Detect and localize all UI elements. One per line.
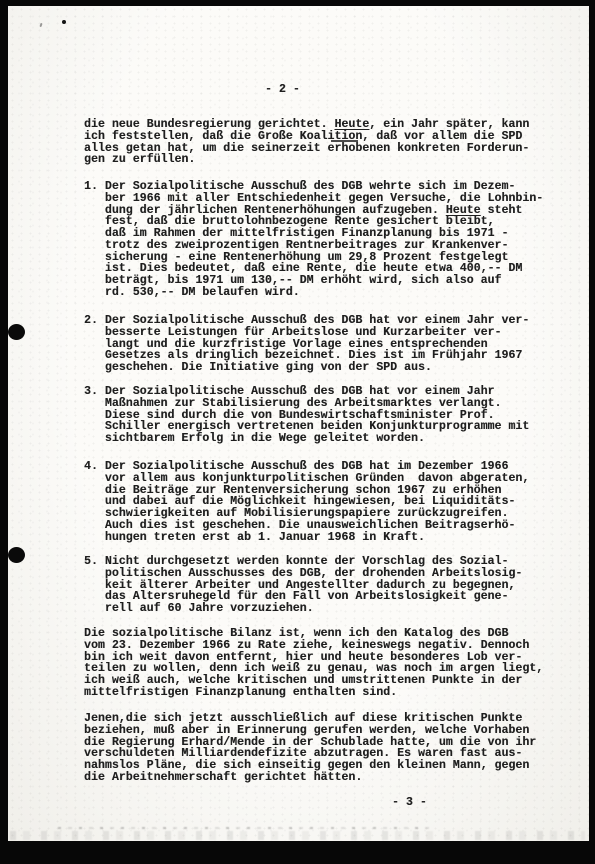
page-number-header: - 2 - xyxy=(265,84,300,96)
list-item-2: 2. Der Sozialpolitische Ausschuß des DGB… xyxy=(84,315,529,374)
page-number-footer: - 3 - xyxy=(392,797,427,809)
list-item-3: 3. Der Sozialpolitische Ausschuß des DGB… xyxy=(84,386,529,445)
ink-dot-artifact xyxy=(62,20,66,24)
scanned-document-page: - 2 - die neue Bundesregierung gerichtet… xyxy=(0,0,595,864)
scan-smudge-band xyxy=(10,831,585,840)
list-item-1: 1. Der Sozialpolitische Ausschuß des DGB… xyxy=(84,181,543,299)
intro-paragraph: die neue Bundesregierung gerichtet. Heut… xyxy=(84,119,529,166)
hole-punch-top xyxy=(8,324,25,340)
hole-punch-bottom xyxy=(8,547,25,563)
list-item-5: 5. Nicht durchgesetzt werden konnte der … xyxy=(84,556,522,615)
list-item-4: 4. Der Sozialpolitische Ausschuß des DGB… xyxy=(84,461,529,543)
closing-paragraph-balance: Die sozialpolitische Bilanz ist, wenn ic… xyxy=(84,628,543,699)
closing-paragraph-critique: Jenen,die sich jetzt ausschließlich auf … xyxy=(84,713,536,784)
scan-smudge-line xyxy=(58,827,430,829)
